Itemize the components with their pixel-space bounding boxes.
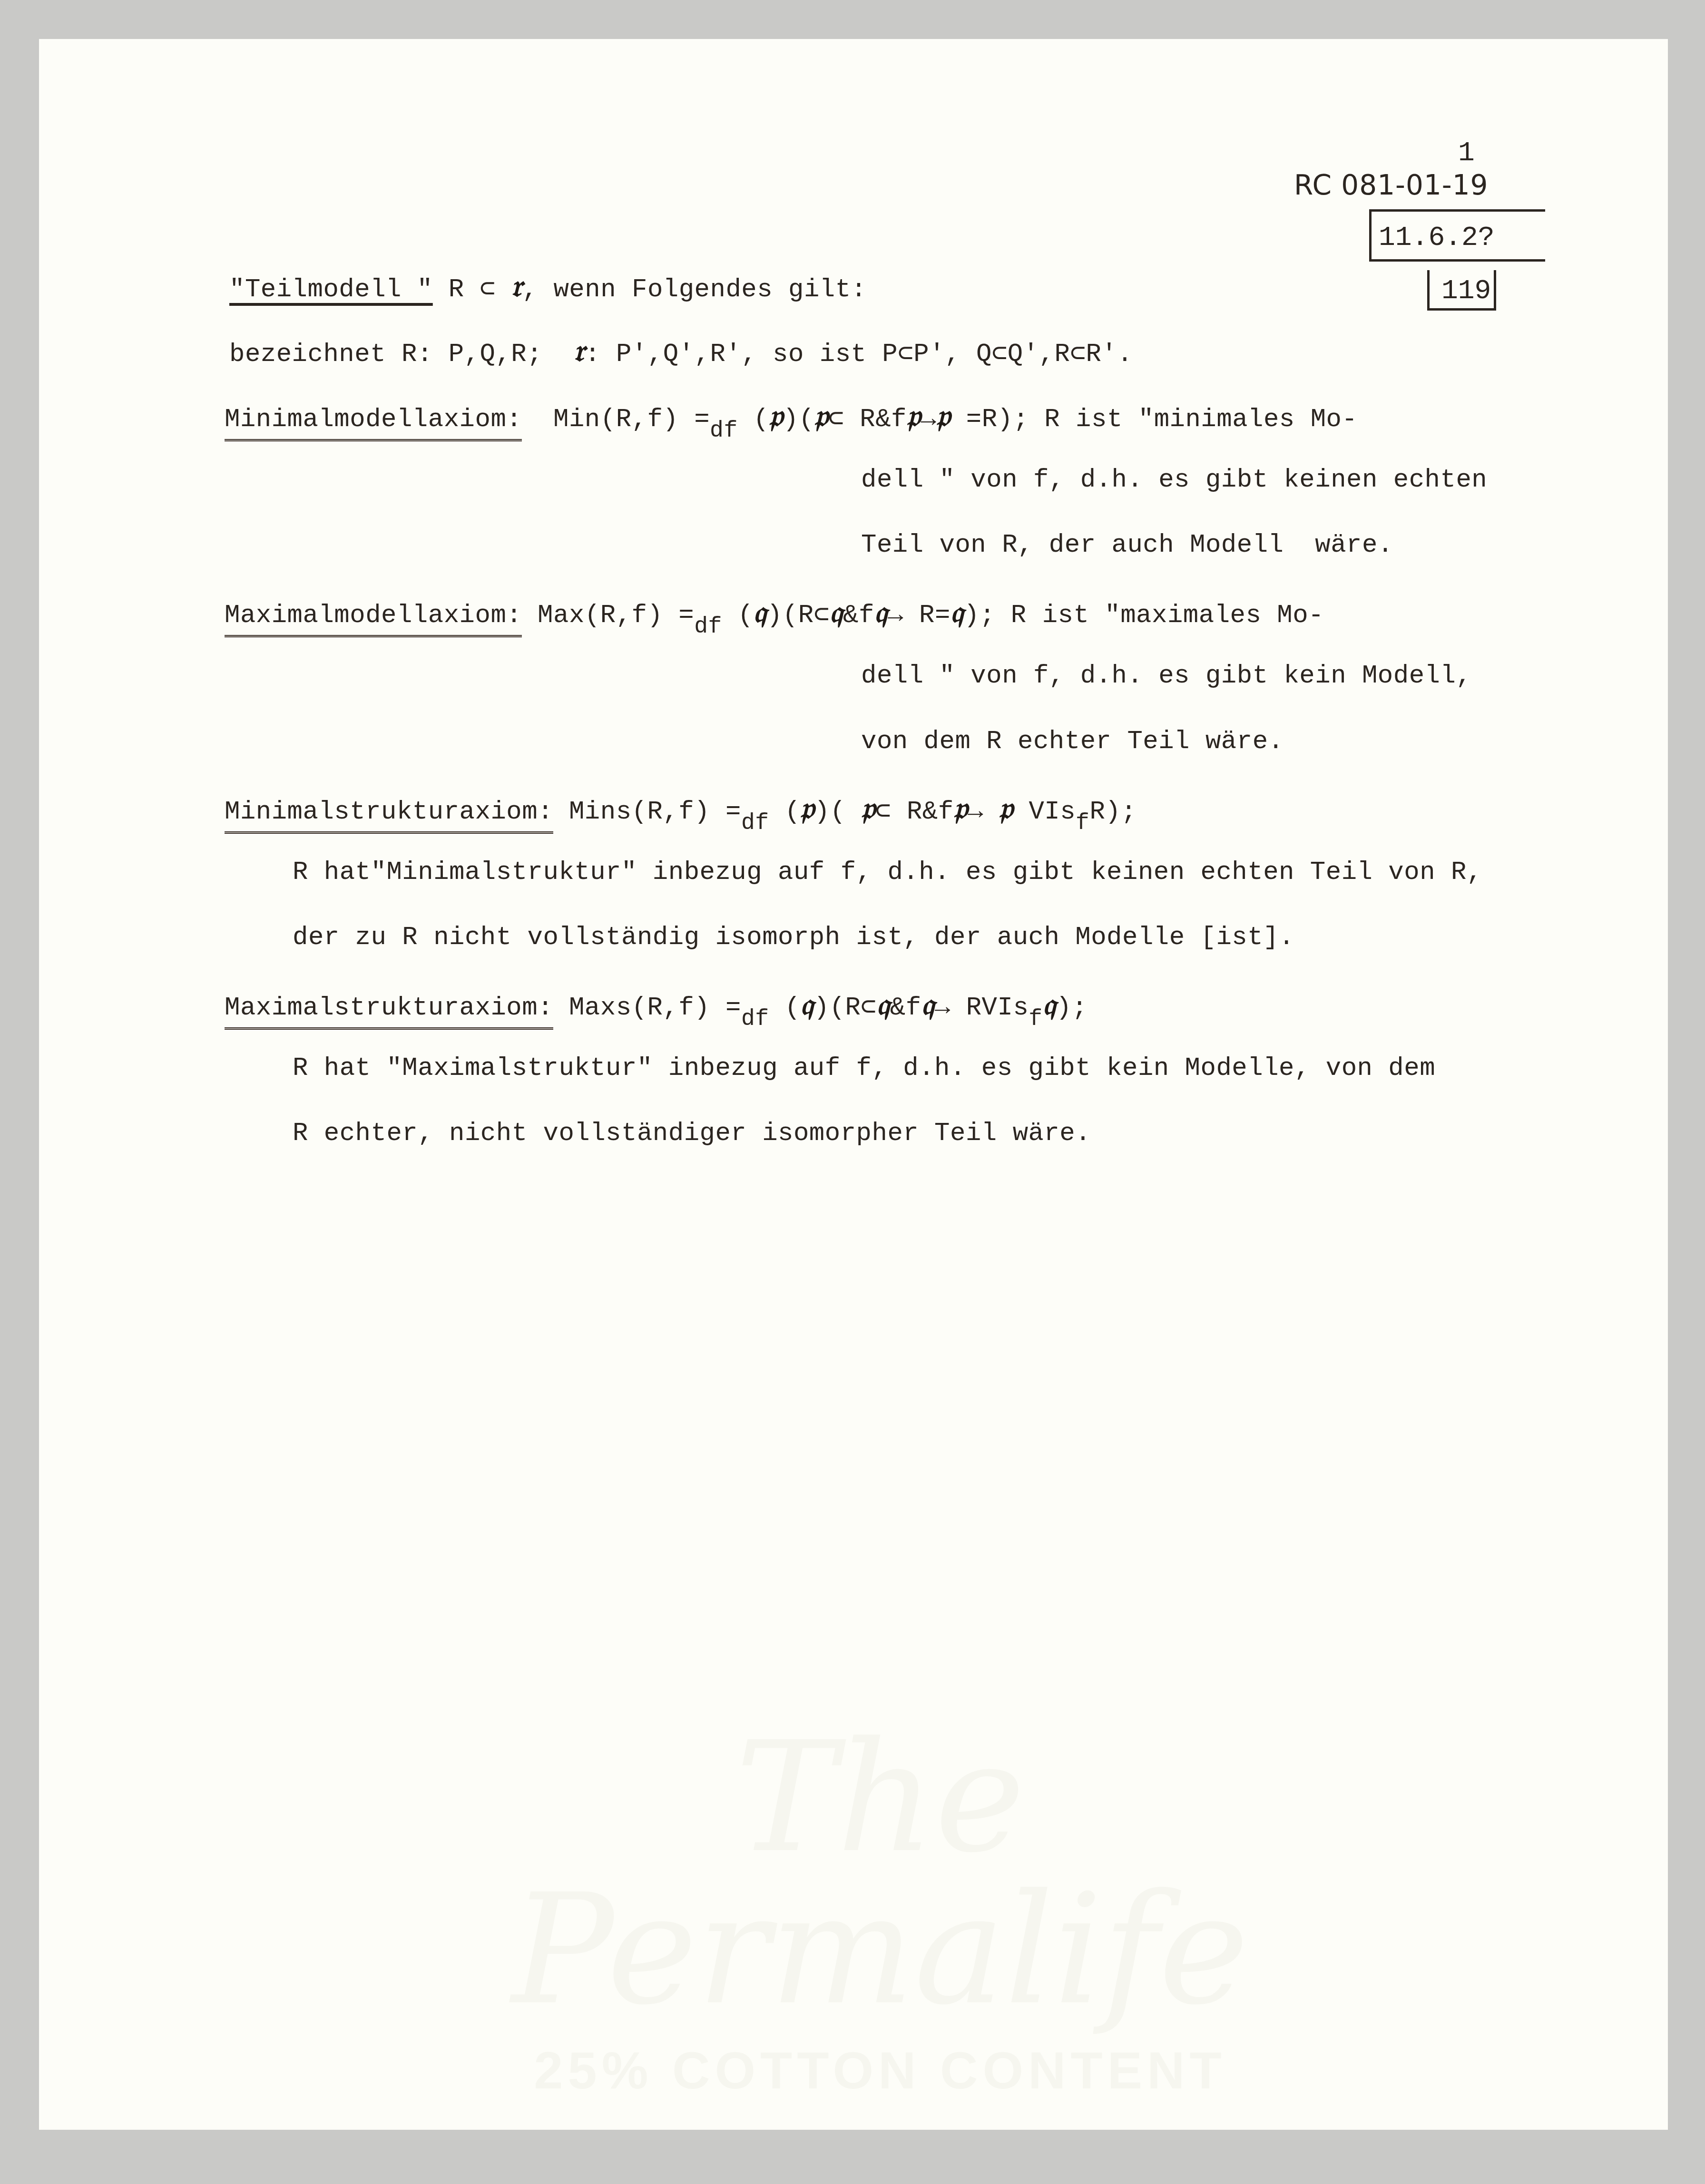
sheet-number: 119 <box>1441 276 1491 307</box>
maximalmodell-heading: Maximalmodellaxiom: <box>225 601 522 637</box>
date-stamp: 11.6.2? <box>1379 223 1495 253</box>
maximalstruktur-heading: Maximalstrukturaxiom: <box>225 994 553 1030</box>
teilmodell-term: "Teilmodell " <box>229 275 433 304</box>
page-number: 1 <box>1458 138 1475 169</box>
minimalmodell-explanation-1: dell " von f, d.h. es gibt keinen echten <box>861 468 1487 493</box>
teilmodell-condition: bezeichnet R: P,Q,R; 𝔯: P',Q',R', so ist… <box>229 336 1133 368</box>
minimalmodell-explanation-2: Teil von R, der auch Modell wäre. <box>861 533 1393 558</box>
minimalmodell-axiom: Minimalmodellaxiom: Min(R,f) =df (𝔭)(𝔭⊂ … <box>225 401 1357 433</box>
maximalstruktur-explanation-2: R echter, nicht vollständiger isomorpher… <box>293 1121 1091 1147</box>
maximalstruktur-axiom: Maximalstrukturaxiom: Maxs(R,f) =df (𝔮)(… <box>225 989 1088 1021</box>
minimalstruktur-explanation-2: der zu R nicht vollständig isomorph ist,… <box>293 925 1294 951</box>
model-symbol-r: 𝔯 <box>511 268 522 304</box>
archive-code: RC 081-01-19 <box>1294 169 1489 201</box>
minimalstruktur-heading: Minimalstrukturaxiom: <box>225 798 553 834</box>
minimalstruktur-axiom: Minimalstrukturaxiom: Mins(R,f) =df (𝔭)(… <box>225 793 1137 825</box>
minimalstruktur-explanation-1: R hat"Minimalstruktur" inbezug auf f, d.… <box>293 860 1482 886</box>
maximalmodell-explanation-1: dell " von f, d.h. es gibt kein Modell, <box>861 663 1471 689</box>
maximalstruktur-explanation-1: R hat "Maximalstruktur" inbezug auf f, d… <box>293 1056 1435 1082</box>
minimalmodell-heading: Minimalmodellaxiom: <box>225 405 522 441</box>
teilmodell-definition: "Teilmodell " R ⊂ 𝔯, wenn Folgendes gilt… <box>229 271 867 303</box>
maximalmodell-axiom: Maximalmodellaxiom: Max(R,f) =df (𝔮)(R⊂𝔮… <box>225 597 1324 629</box>
maximalmodell-explanation-2: von dem R echter Teil wäre. <box>861 729 1284 755</box>
